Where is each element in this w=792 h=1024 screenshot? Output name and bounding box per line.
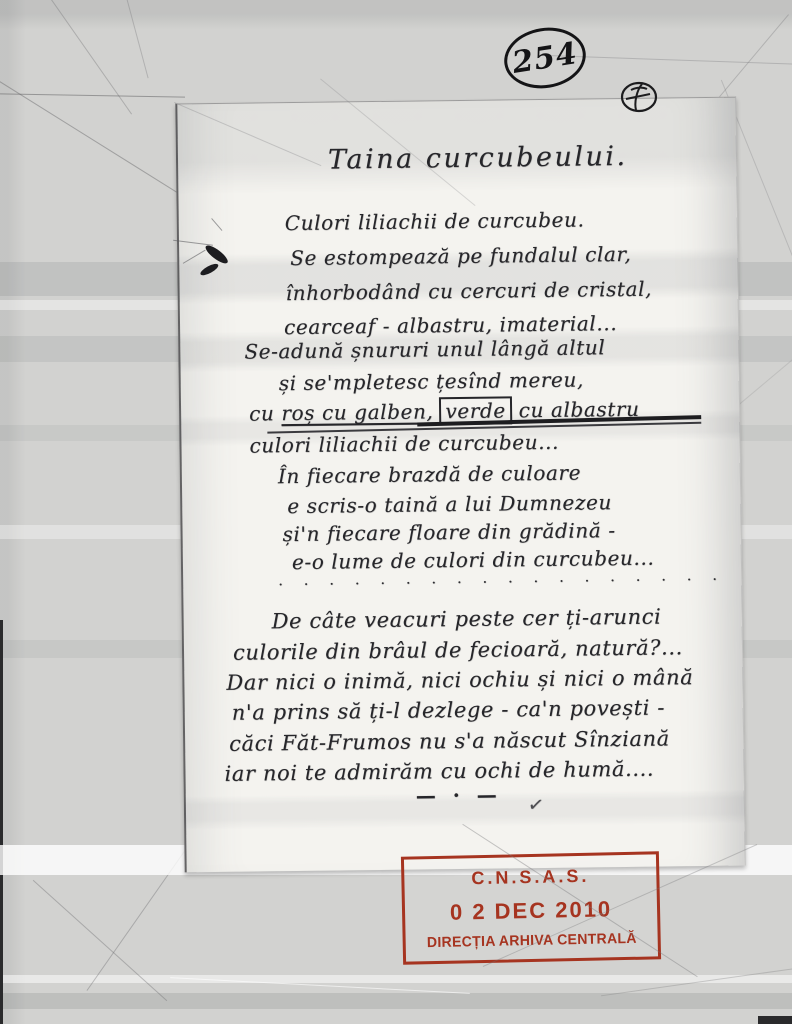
poem-line-17: căci Făt-Frumos nu s'a născut Sînziană <box>229 726 670 755</box>
poem-line-7-tail: cu albastru <box>512 397 640 423</box>
scratch-line <box>711 14 789 107</box>
page-number: 254 <box>510 36 580 81</box>
poem-line-7-prefix: cu <box>249 401 282 425</box>
paper-crack <box>211 218 222 231</box>
poem-title: Taina curcubeului. <box>328 141 628 176</box>
poem-line-5: Se-adună șnururi unul lângă altul <box>244 335 605 363</box>
page-number-circle: 254 <box>500 22 590 94</box>
streak-band <box>0 993 792 1009</box>
scratch-line <box>170 977 470 994</box>
stamp-department: DIRECȚIA ARHIVA CENTRALĂ <box>427 931 637 951</box>
scratch-line <box>28 0 132 115</box>
stamp-organization: C.N.S.A.S. <box>471 866 589 889</box>
scanned-document-page: 254 Taina curcubeului. Culori liliachii … <box>0 0 792 1024</box>
archive-stamp: C.N.S.A.S. 0 2 DEC 2010 DIRECȚIA ARHIVA … <box>401 851 661 964</box>
poem-line-6: și se'mpletesc țesînd mereu, <box>279 367 584 395</box>
stamp-date: 0 2 DEC 2010 <box>450 896 613 925</box>
scratch-line <box>33 880 167 1001</box>
poem-line-3: înhorbodând cu cercuri de cristal, <box>286 277 653 305</box>
poem-line-16: n'a prins să ți-l dezlege - ca'n povești… <box>232 696 665 725</box>
scratch-line <box>0 93 185 97</box>
scan-edge-artifact <box>758 1016 792 1024</box>
paper-crack <box>174 102 321 166</box>
paper-crack <box>183 250 206 264</box>
streak-band <box>0 975 792 983</box>
poem-line-11: și'n fiecare floare din grădină - <box>282 518 615 546</box>
scratch-line <box>601 965 792 997</box>
corner-annotation-icon <box>616 78 662 122</box>
poem-line-8: culori liliachii de curcubeu... <box>249 430 559 458</box>
ink-smudge <box>199 262 220 278</box>
poem-line-2: Se estompează pe fundalul clar, <box>290 242 631 270</box>
poem-line-18: iar noi te admirăm cu ochi de humă.... <box>224 757 654 786</box>
document-paper: Taina curcubeului. Culori liliachii de c… <box>175 97 745 873</box>
scratch-line <box>111 0 148 78</box>
poem-line-7-boxed-word: verde <box>439 396 512 425</box>
poem-line-10: e scris-o taină a lui Dumnezeu <box>287 490 612 518</box>
poem-line-15: Dar nici o inimă, nici ochiu și nici o m… <box>226 665 693 695</box>
poem-end-mark: — · — <box>416 783 502 808</box>
poem-line-14: culorile din brâul de fecioară, natură?.… <box>233 635 683 664</box>
poem-line-1: Culori liliachii de curcubeu. <box>285 207 585 235</box>
pencil-checkmark: ✓ <box>526 793 546 817</box>
poem-line-13: De câte veacuri peste cer ți-arunci <box>272 605 662 634</box>
scan-edge-artifact <box>0 620 3 1024</box>
paper-crack <box>173 240 213 246</box>
poem-line-7: cu roș cu galben,verde cu albastru <box>249 397 640 426</box>
poem-line-9: În fiecare brazdă de culoare <box>278 461 581 489</box>
poem-line-7-underlined: roș cu galben, <box>281 399 433 425</box>
